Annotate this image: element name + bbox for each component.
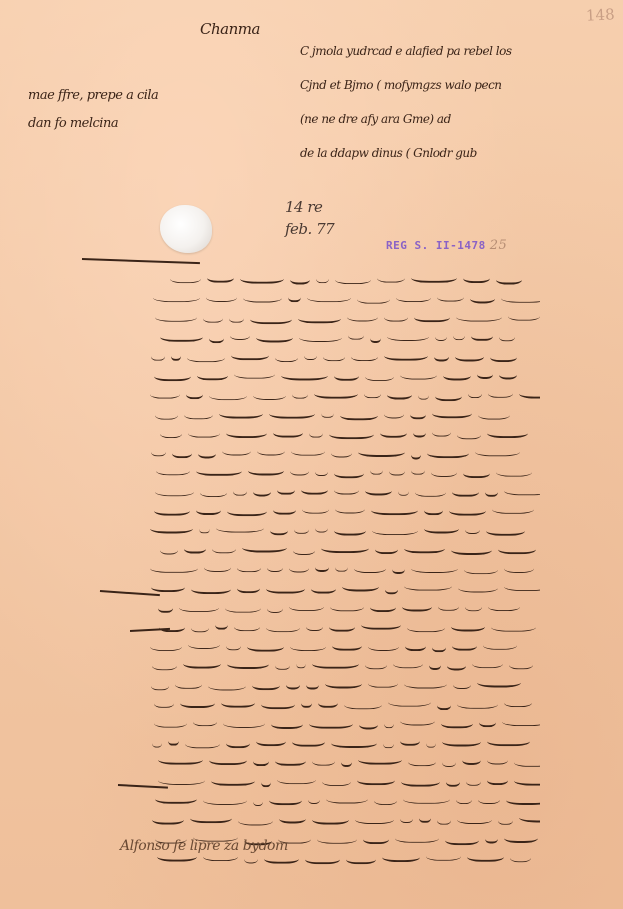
handwritten-word [154,697,173,708]
handwritten-word [426,850,461,861]
handwritten-word [253,389,286,400]
handwritten-word [257,445,286,456]
handwritten-word [275,754,306,766]
handwritten-word [275,659,290,670]
handwritten-word [361,618,401,630]
handwritten-word [179,601,219,612]
handwritten-word [198,446,216,458]
handwritten-word [229,312,244,323]
handwritten-word [312,755,336,766]
header-line: (ne ne dre afy ara Gme) ad [300,102,512,136]
handwritten-word [296,658,307,669]
handwritten-word [411,271,457,283]
handwritten-word [290,465,309,476]
handwritten-word [204,561,231,572]
handwritten-word [183,657,221,669]
handwritten-word [410,407,426,419]
handwritten-word [244,853,259,864]
margin-note-line: mae ffre, prepe a cila [28,82,158,110]
letter-body-line [150,596,540,615]
handwritten-word [188,638,220,649]
handwritten-word [498,542,536,554]
handwritten-word [231,348,268,360]
handwritten-word [509,659,533,670]
letter-body-line [150,731,540,750]
handwritten-word [230,329,250,340]
handwritten-word [207,271,234,283]
handwritten-word [451,543,492,555]
handwritten-word [269,407,315,419]
handwritten-word [465,523,480,534]
handwritten-word [326,792,368,803]
handwritten-word [519,811,540,823]
letter-body-line [150,345,540,364]
handwritten-word [172,446,191,458]
handwritten-word [355,813,394,824]
handwritten-word [293,544,315,555]
handwritten-word [467,850,504,862]
handwritten-word [252,678,280,690]
handwritten-word [488,600,520,611]
handwritten-word [298,311,341,323]
handwritten-word [370,331,381,343]
letter-body-line [150,403,540,422]
handwritten-word [368,677,398,688]
handwritten-word [322,775,351,786]
handwritten-word [477,367,493,379]
handwritten-word [334,369,359,381]
handwritten-word [504,562,534,573]
handwritten-word [335,273,371,284]
handwritten-word [315,522,329,533]
handwritten-word [294,523,309,534]
handwritten-word [457,813,492,824]
handwritten-word [354,562,386,573]
handwritten-word [401,774,440,786]
handwritten-word [400,715,435,726]
handwritten-word [193,716,216,727]
handwritten-word [463,271,490,283]
handwritten-word [209,754,247,766]
letter-body [150,268,540,866]
handwritten-word [253,795,263,806]
handwritten-word [485,485,498,497]
handwritten-word [501,292,540,303]
handwritten-word [453,330,465,341]
archive-stamp-label: REG S. II-1478 [386,239,486,252]
handwritten-word [275,351,299,362]
handwritten-word [479,715,496,727]
handwritten-word [365,370,394,381]
letter-body-line [150,480,540,499]
handwritten-word [499,368,517,380]
handwritten-word [464,563,498,574]
handwritten-word [188,427,220,438]
handwritten-word [209,390,247,401]
margin-note-line: dan fo melcina [28,110,158,138]
letter-body-line [150,712,540,731]
handwritten-word [208,679,246,690]
handwritten-word [151,446,167,457]
handwritten-word [371,503,418,515]
handwritten-word [385,582,399,594]
handwritten-word [404,677,447,688]
handwritten-word [155,408,178,419]
handwritten-word [219,407,263,419]
handwritten-word [299,331,342,342]
handwritten-word [302,503,329,514]
handwritten-word [301,695,312,707]
handwritten-word [168,734,179,746]
handwritten-word [288,291,301,303]
handwritten-word [332,638,361,650]
handwritten-word [155,485,195,496]
handwritten-word [334,466,364,478]
handwritten-word [463,466,490,478]
handwritten-word [180,696,215,708]
handwritten-word [329,428,374,440]
letter-body-line [150,500,540,519]
handwritten-word [363,832,389,844]
handwritten-word [171,349,181,361]
handwritten-word [175,678,202,689]
handwritten-word [216,522,264,533]
handwritten-word [510,852,531,863]
handwritten-word [158,774,205,785]
handwritten-word [490,350,517,362]
handwritten-word [335,503,365,514]
handwritten-word [155,792,197,804]
handwritten-word [341,755,351,767]
handwritten-word [292,388,309,399]
handwritten-word [414,310,450,322]
manuscript-page: 148 mae ffre, prepe a cila dan fo melcin… [0,0,623,909]
handwritten-word [435,330,447,341]
handwritten-word [197,369,228,381]
letter-body-line [150,268,540,287]
signature: Alfonso fe lipre za bydom [120,838,288,854]
handwritten-word [203,793,247,804]
handwritten-word [449,503,486,515]
handwritten-word [407,621,445,632]
handwritten-word [413,426,426,438]
handwritten-word [519,386,540,398]
handwritten-word [396,291,431,302]
handwritten-word [306,620,322,631]
letter-body-line [150,577,540,596]
handwritten-word [432,640,446,652]
handwritten-word [432,406,472,418]
handwritten-word [281,369,328,381]
handwritten-word [289,561,309,572]
handwritten-word [290,272,311,284]
handwritten-word [486,524,525,536]
handwritten-word [267,601,283,612]
handwritten-word [247,639,284,651]
letter-body-line [150,693,540,712]
handwritten-word [233,485,247,496]
handwritten-word [330,600,364,611]
handwritten-word [502,715,540,726]
handwritten-word [477,676,521,688]
handwritten-word [347,311,378,322]
handwritten-word [384,311,408,322]
handwritten-word [411,464,425,475]
handwritten-word [292,735,325,747]
handwritten-word [325,677,362,689]
letter-body-line [150,461,540,480]
handwritten-word [384,407,404,418]
handwritten-word [435,389,462,401]
letter-body-line [150,654,540,673]
handwritten-word [153,291,200,302]
handwritten-word [514,756,540,767]
handwritten-word [456,311,502,322]
handwritten-word [427,446,469,458]
handwritten-word [158,753,203,765]
handwritten-word [340,408,378,420]
handwritten-word [304,349,317,360]
handwritten-word [456,793,472,804]
handwritten-word [301,483,328,495]
handwritten-word [434,350,449,362]
handwritten-word [226,640,241,651]
handwritten-word [242,541,287,553]
handwritten-word [451,620,485,632]
handwritten-word [221,695,255,707]
handwritten-word [261,775,272,787]
handwritten-word [155,311,197,322]
handwritten-word [186,387,203,399]
letter-body-line [150,770,540,789]
handwritten-word [323,350,345,361]
handwritten-word [393,658,424,669]
handwritten-word [150,562,198,573]
handwritten-word [457,428,480,439]
handwritten-word [351,350,378,361]
handwritten-word [441,716,473,728]
handwritten-word [238,814,273,825]
archive-stamp: REG S. II-147825 [386,238,507,253]
handwritten-word [253,755,269,767]
handwritten-word [359,717,378,729]
divider-line [82,258,200,264]
handwritten-word [400,812,413,823]
handwritten-word [419,811,431,823]
letter-body-line [150,307,540,326]
handwritten-word [190,812,232,824]
handwritten-word [191,582,231,594]
header-title: Chanma [200,20,260,38]
handwritten-word [248,464,284,476]
handwritten-word [187,351,225,362]
handwritten-word [380,426,407,438]
handwritten-word [437,698,451,710]
handwritten-word [485,831,498,843]
handwritten-word [291,445,325,456]
handwritten-word [270,523,289,535]
handwritten-word [368,640,400,651]
handwritten-word [160,543,179,554]
handwritten-word [223,717,266,728]
handwritten-word [358,445,405,457]
handwritten-word [203,312,223,323]
handwritten-word [315,465,327,476]
handwritten-word [478,793,500,804]
handwritten-word [290,640,326,651]
letter-body-line [150,422,540,441]
handwritten-word [508,310,540,321]
handwritten-word [271,717,303,729]
handwritten-word [308,793,321,804]
handwritten-word [227,657,269,669]
handwritten-word [514,773,540,785]
handwritten-word [388,696,431,707]
handwritten-word [462,753,481,765]
handwritten-word [306,678,318,690]
letter-body-line [150,442,540,461]
handwritten-word [471,329,492,341]
handwritten-word [240,272,283,284]
handwritten-word [384,349,428,361]
handwritten-word [466,775,481,786]
handwritten-word [334,483,359,494]
handwritten-word [400,369,437,380]
letter-body-line [150,789,540,808]
handwritten-word [234,368,276,379]
handwritten-word [488,387,513,398]
letter-body-line [150,615,540,634]
date-annotation: 14 re feb. 77 [285,196,334,240]
handwritten-word [152,813,184,825]
folio-number: 148 [586,5,616,24]
handwritten-word [311,581,336,593]
handwritten-word [342,579,379,591]
handwritten-word [150,521,193,533]
handwritten-word [452,638,477,650]
handwritten-word [348,329,364,340]
handwritten-word [191,621,209,632]
handwritten-word [445,833,479,845]
handwritten-word [225,601,261,612]
handwritten-word [289,600,324,611]
handwritten-word [387,387,412,399]
handwritten-word [309,717,353,729]
handwritten-word [457,698,498,709]
handwritten-word [151,679,169,690]
handwritten-word [256,734,286,746]
handwritten-word [465,600,482,611]
handwritten-word [273,426,303,438]
letter-body-line [150,750,540,769]
handwritten-word [398,485,409,496]
handwritten-word [315,560,329,572]
handwritten-word [382,850,420,862]
letter-body-line [150,557,540,576]
wax-seal [160,205,212,253]
handwritten-word [499,331,515,342]
handwritten-word [243,291,282,302]
handwritten-word [411,562,457,573]
handwritten-word [431,466,457,477]
handwritten-word [279,812,307,824]
handwritten-word [196,464,242,476]
handwritten-word [256,330,293,342]
handwritten-word [437,290,464,301]
date-annotation-line: 14 re [285,196,334,218]
handwritten-word [387,330,429,341]
handwritten-word [237,581,260,593]
header-lines: C jmola yudrcad e alafied pa rebel los C… [300,34,512,170]
handwritten-word [357,293,390,304]
handwritten-word [487,426,528,438]
handwritten-word [364,388,380,399]
handwritten-word [402,600,432,612]
handwritten-word [372,525,418,536]
handwritten-word [389,465,404,476]
letter-body-line [150,808,540,827]
archive-stamp-number: 25 [490,238,508,253]
handwritten-word [452,485,478,497]
handwritten-word [487,773,507,785]
handwritten-word [277,773,316,784]
handwritten-word [411,447,421,459]
handwritten-word [212,542,237,553]
handwritten-word [158,601,173,613]
handwritten-word [408,755,436,766]
handwritten-word [491,621,536,632]
header-line: Cjnd et Bjmo ( mofymgzs walo pecn [300,68,512,102]
handwritten-word [200,486,226,497]
handwritten-word [321,406,334,417]
handwritten-word [151,580,185,592]
handwritten-word [206,291,237,302]
handwritten-word [437,814,451,825]
handwritten-word [234,620,260,631]
letter-body-line [150,635,540,654]
handwritten-word [196,503,221,515]
handwritten-word [458,582,498,593]
handwritten-word [395,832,439,843]
letter-body-line [150,384,540,403]
handwritten-word [273,502,296,514]
handwritten-word [478,408,510,419]
letter-body-line [150,538,540,557]
handwritten-word [250,312,293,324]
handwritten-word [277,483,295,495]
handwritten-word [475,446,520,457]
handwritten-word [383,737,394,748]
handwritten-word [404,580,451,591]
handwritten-word [365,659,387,670]
handwritten-word [370,464,383,475]
handwritten-word [442,735,481,747]
handwritten-word [211,774,255,786]
handwritten-word [286,678,300,690]
letter-body-line [150,519,540,538]
handwritten-word [154,503,190,515]
handwritten-word [150,640,182,651]
handwritten-word [152,660,178,671]
handwritten-word [487,753,508,764]
handwritten-word [331,736,377,748]
handwritten-word [152,736,162,747]
handwritten-word [150,388,180,399]
handwritten-word [374,794,397,805]
handwritten-word [447,658,466,670]
handwritten-word [266,621,300,632]
letter-body-line [150,673,540,692]
